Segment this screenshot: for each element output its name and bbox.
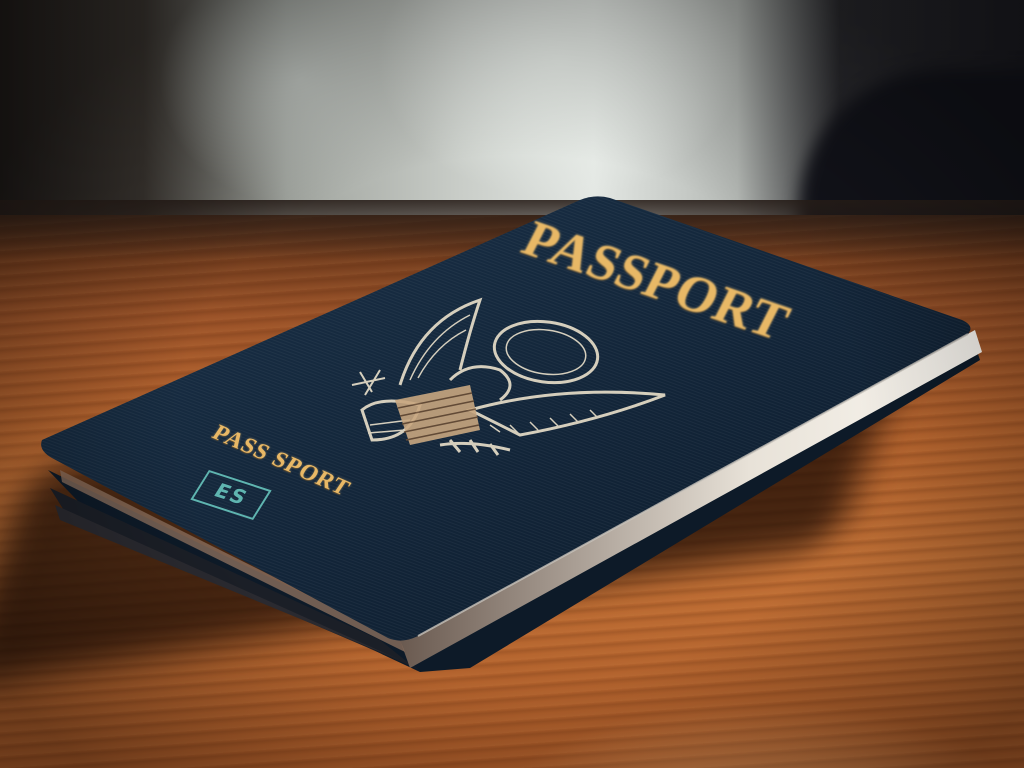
photo-scene: PASSPORT PASS SPORT ES [0,0,1024,768]
passport-body [0,0,1024,768]
passport: PASSPORT PASS SPORT ES [0,0,1024,768]
